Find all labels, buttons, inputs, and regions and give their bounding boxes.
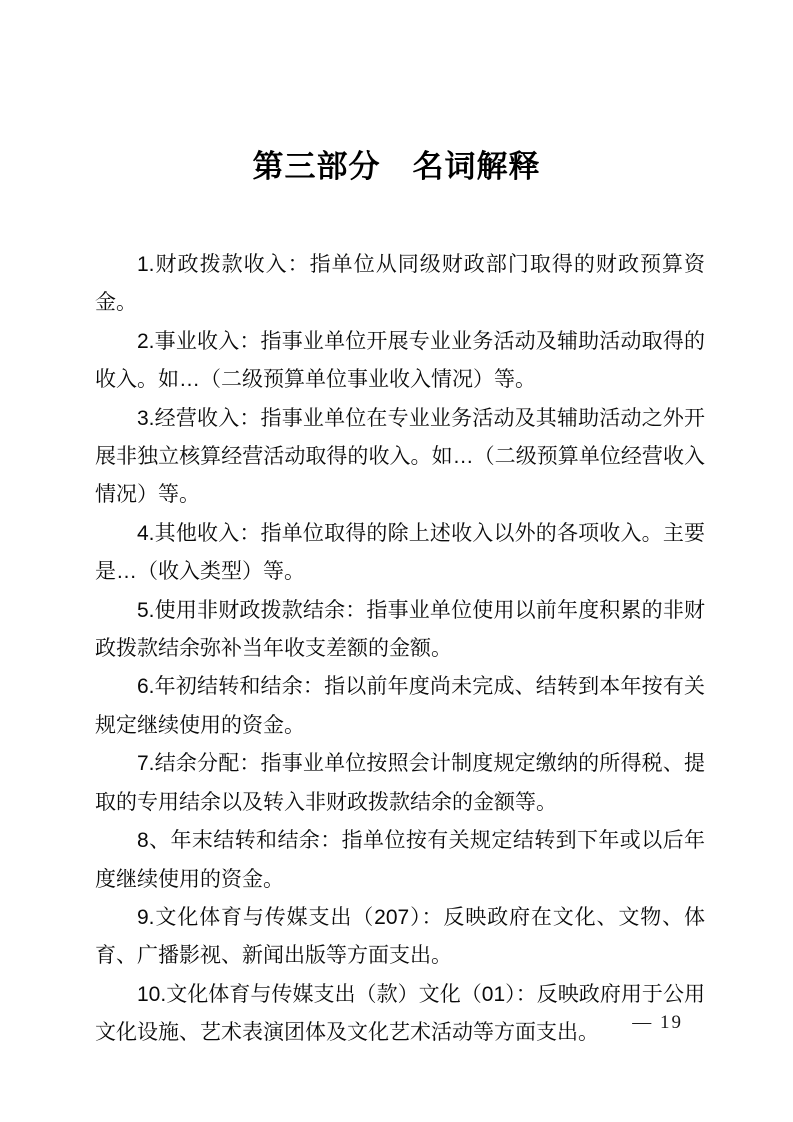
definition-paragraph: 9.文化体育与传媒支出（207）：反映政府在文化、文物、体育、广播影视、新闻出版…: [95, 899, 705, 976]
definition-paragraph: 1.财政拨款收入：指单位从同级财政部门取得的财政预算资金。: [95, 246, 705, 323]
definitions-list: 1.财政拨款收入：指单位从同级财政部门取得的财政预算资金。2.事业收入：指事业单…: [95, 246, 705, 1053]
document-page: 第三部分 名词解释 1.财政拨款收入：指单位从同级财政部门取得的财政预算资金。2…: [0, 0, 793, 1122]
definition-paragraph: 3.经营收入：指事业单位在专业业务活动及其辅助活动之外开展非独立核算经营活动取得…: [95, 400, 705, 515]
page-footer: — 19: [632, 1012, 683, 1034]
page-number: — 19: [632, 1012, 683, 1033]
definition-paragraph: 10.文化体育与传媒支出（款）文化（01）：反映政府用于公用文化设施、艺术表演团…: [95, 976, 705, 1053]
definition-paragraph: 6.年初结转和结余：指以前年度尚未完成、结转到本年按有关规定继续使用的资金。: [95, 668, 705, 745]
definition-paragraph: 7.结余分配：指事业单位按照会计制度规定缴纳的所得税、提取的专用结余以及转入非财…: [95, 745, 705, 822]
definition-paragraph: 5.使用非财政拨款结余：指事业单位使用以前年度积累的非财政拨款结余弥补当年收支差…: [95, 592, 705, 669]
definition-paragraph: 8、年末结转和结余：指单位按有关规定结转到下年或以后年度继续使用的资金。: [95, 822, 705, 899]
definition-paragraph: 2.事业收入：指事业单位开展专业业务活动及辅助活动取得的收入。如…（二级预算单位…: [95, 323, 705, 400]
page-title: 第三部分 名词解释: [0, 141, 793, 186]
definition-paragraph: 4.其他收入：指单位取得的除上述收入以外的各项收入。主要是…（收入类型）等。: [95, 515, 705, 592]
